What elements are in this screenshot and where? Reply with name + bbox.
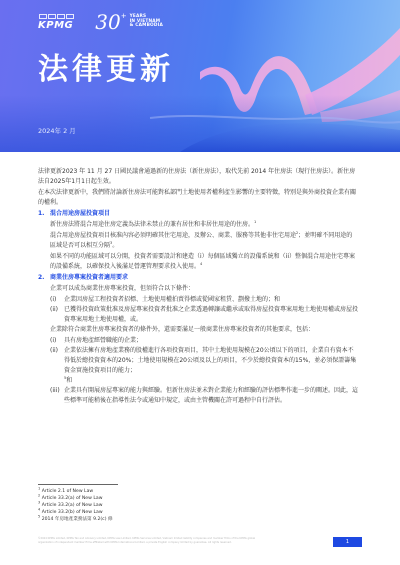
anniversary-plus: + [121,12,127,20]
kpmg-logo: KPMG [38,14,73,31]
document-body: 法律更新2023 年 11 月 27 日國民議會通過新的住房法（新住房法），取代… [38,167,358,406]
section-lead: 企業可以成為商業住房專案投資，但須符合以下條件： [38,284,358,294]
footnote: 4 Article 33.2(b) of New Law [38,509,118,516]
anniversary-caption: YEARS IN VIETNAM & CAMBODIA [130,15,163,29]
footnote-ref[interactable]: 1 [254,220,256,224]
paragraph-text: 如果不同的功能區域可以分開，投資者需要設計和建造（i）每個區域獨立的設備系統和（… [50,253,355,270]
footnote-number: 1 [38,486,40,490]
list-item-text: 企業具有開展房屋專案的能力與經驗。但新住房法並未對企業能力和經驗的評估標準作進一… [64,386,358,406]
list-item: (i) 具有房地產經營職能的企業； [38,336,358,346]
section-paragraph: 如果不同的功能區域可以分開，投資者需要設計和建造（i）每個區域獨立的設備系統和（… [38,252,358,272]
section-number: 1. [38,209,50,219]
intro-paragraph: 在本次法律更新中，我們將討論新住房法可能對私部門土地使用者權利產生影響的主要特徵… [38,188,358,208]
list-item: (ii) 已獲得投資政策批准及房屋專案投資者批准之企業透過轉讓或繼承或取得房屋投… [38,305,358,325]
footnote-text: 2014 年房地產業務法第 9.2(c) 條 [42,517,113,522]
footnotes: 1 Article 2.1 of New Law 2 Article 33.2(… [38,484,118,523]
paragraph-text: 。 [112,242,118,249]
list-item-content: 企業依法擁有房地產業務的股權進行各項投資項目，其中土地使用規模在20公頃以下的項… [64,346,358,386]
kpmg-logo-boxes-icon [39,14,74,19]
legal-disclaimer: ©2024 KPMG Limited, KPMG Tax and Advisor… [38,537,263,545]
list-item-text: 企業因房屋工程投資者招標、土地使用權拍賣得標或從國家租賃、劃撥土地的；和 [64,295,280,305]
paragraph-text: 混合用途房屋投資項目核准內容必須明確其住宅用途，及辦公、商業、服務等其他非住宅用… [50,232,296,239]
section-paragraph: 混合用途房屋投資項目核准內容必須明確其住宅用途，及辦公、商業、服務等其他非住宅用… [38,231,358,251]
section-heading-text: 商業住房專案投資者適用要求 [50,274,128,281]
section-heading-text: 混合用途房屋投資項目 [50,210,110,217]
footnote-number: 4 [38,507,40,511]
logo-row: KPMG 30 + YEARS IN VIETNAM & CAMBODIA [38,12,163,32]
list-item-text: 已獲得投資政策批准及房屋專案投資者批准之企業透過轉讓或繼承或取得房屋投資專案用地… [64,305,358,325]
section-number: 2. [38,273,50,283]
footnote: 3 Article 33.2(a) of New Law [38,502,118,509]
anniversary-logo: 30 + YEARS IN VIETNAM & CAMBODIA [95,12,163,32]
intro-paragraph: 法律更新2023 年 11 月 27 日國民議會通過新的住房法（新住房法），取代… [38,167,358,187]
footnote: 5 2014 年房地產業務法第 9.2(c) 條 [38,516,118,523]
list-marker: (ii) [50,346,64,386]
hero-glow [0,95,400,152]
list-item-text: 企業依法擁有房地產業務的股權進行各項投資項目，其中土地使用規模在20公頃以下的項… [64,347,356,374]
footnote-text: Article 33.2(b) of New Law [42,510,103,515]
page-title: 法律更新 [38,55,174,85]
list-item: (iii) 企業具有開展房屋專案的能力與經驗。但新住房法並未對企業能力和經驗的評… [38,386,358,406]
page-number-badge: 1 [333,537,362,547]
footnote-text: Article 2.1 of New Law [42,489,93,494]
footnote-number: 5 [38,514,40,518]
anniversary-number: 30 [95,12,120,32]
footnote-divider [38,484,118,485]
section-paragraph: 企業除符合商業住房專案投資者的條件外，還需要滿足一般商業住房專案投資者的其他要求… [38,325,358,335]
list-marker: (iii) [50,386,64,406]
footnote-text: Article 33.2(a) of New Law [42,496,103,501]
list-marker: (ii) [50,305,64,325]
list-marker: (i) [50,336,64,346]
paragraph-text: 新住房法將混合用途住房定義為法律未禁止的兼有居住和非居住用途的住房。 [50,221,254,228]
footnote: 2 Article 33.2(a) of New Law [38,495,118,502]
hero-banner: KPMG 30 + YEARS IN VIETNAM & CAMBODIA 法律… [0,0,400,152]
publication-date: 2024年 2 月 [38,126,76,135]
anniversary-line: & CAMBODIA [130,24,163,29]
section-heading: 1.混合用途房屋投資項目 [38,209,358,219]
list-item: (i) 企業因房屋工程投資者招標、土地使用權拍賣得標或從國家租賃、劃撥土地的；和 [38,295,358,305]
list-item: (ii) 企業依法擁有房地產業務的股權進行各項投資項目，其中土地使用規模在20公… [38,346,358,386]
footnote-number: 3 [38,500,40,504]
list-item-text: 和 [66,377,72,384]
section-paragraph: 新住房法將混合用途住房定義為法律未禁止的兼有居住和非居住用途的住房。1 [38,220,358,230]
list-marker: (i) [50,295,64,305]
kpmg-logo-text: KPMG [38,20,73,31]
footnote-number: 2 [38,493,40,497]
section-heading: 2.商業住房專案投資者適用要求 [38,273,358,283]
footnote-ref[interactable]: 4 [200,262,202,266]
footnote-text: Article 33.2(a) of New Law [42,503,103,508]
footnote: 1 Article 2.1 of New Law [38,488,118,495]
list-item-text: 具有房地產經營職能的企業； [64,336,142,346]
